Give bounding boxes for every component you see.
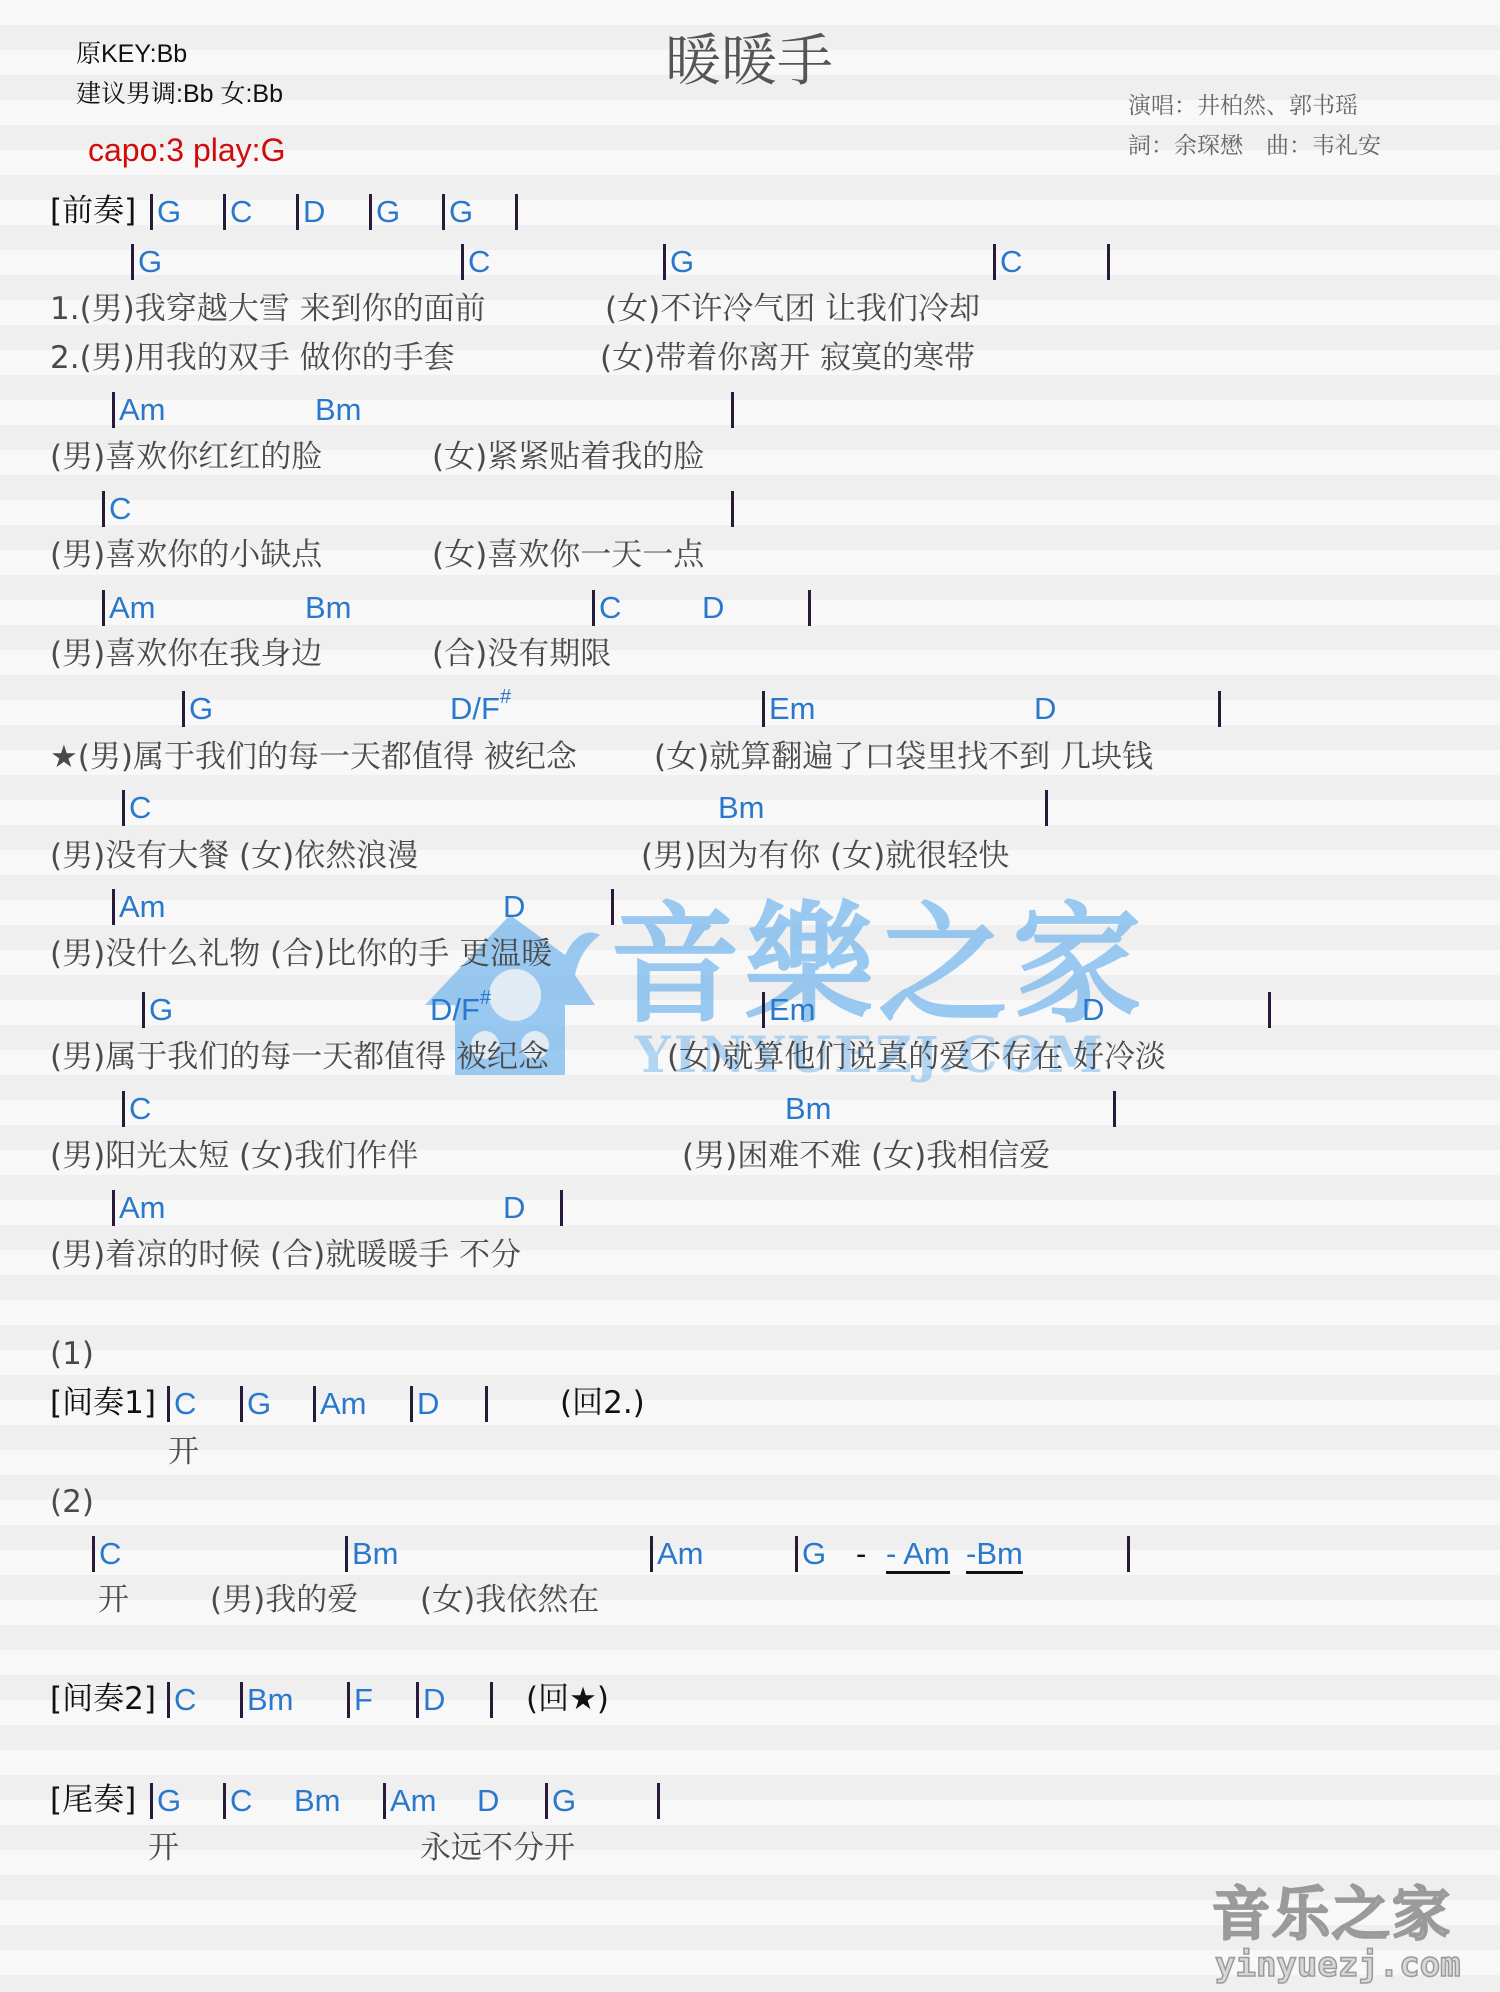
outro-label: [尾奏] xyxy=(50,1785,136,1816)
chord: Am xyxy=(109,592,156,623)
bar-line xyxy=(102,491,105,527)
chord: Em xyxy=(769,693,816,724)
bar-line xyxy=(167,1386,170,1422)
bar-line xyxy=(112,1190,115,1226)
chord: G xyxy=(189,693,213,724)
lyric-line: (男)属于我们的每一天都值得 被纪念 xyxy=(50,1042,549,1073)
bar-line xyxy=(731,392,734,428)
chord: Am xyxy=(119,891,166,922)
bar-line xyxy=(167,1682,170,1718)
chord-slash: D/F# xyxy=(430,994,491,1025)
chord: C xyxy=(109,493,131,524)
bar-line xyxy=(182,691,185,727)
chord: D xyxy=(1082,994,1104,1025)
lyric-line: (男)没有大餐 (女)依然浪漫 xyxy=(50,841,418,872)
song-title: 暖暖手 xyxy=(665,34,833,90)
chord-underlined: - Am xyxy=(886,1538,950,1574)
bar-line xyxy=(592,590,595,626)
chord: Bm xyxy=(315,394,362,425)
bar-line xyxy=(490,1682,493,1718)
lyric-line: (男)喜欢你在我身边 xyxy=(50,639,322,670)
interlude1-label: [间奏1] xyxy=(50,1388,156,1419)
lyric-line: 开 xyxy=(168,1437,199,1468)
chord: Am xyxy=(119,394,166,425)
chord: C xyxy=(129,792,151,823)
lyric-line: ★(男)属于我们的每一天都值得 被纪念 xyxy=(50,742,577,773)
chord: C xyxy=(230,196,252,227)
lyric-line: (女)就算他们说真的爱不存在 好冷淡 xyxy=(667,1042,1166,1073)
bar-line xyxy=(150,1783,153,1819)
chord-dash: - xyxy=(856,1538,866,1569)
bar-line xyxy=(131,244,134,280)
chord: C xyxy=(468,246,490,277)
chord: C xyxy=(174,1388,196,1419)
bar-line xyxy=(611,889,614,925)
chord: C xyxy=(230,1785,252,1816)
bar-line xyxy=(560,1190,563,1226)
original-key: 原KEY:Bb xyxy=(76,42,187,67)
chord: Am xyxy=(390,1785,437,1816)
chord: G xyxy=(670,246,694,277)
interlude2-label: [间奏2] xyxy=(50,1684,156,1715)
chord: D xyxy=(423,1684,445,1715)
chord: Am xyxy=(320,1388,367,1419)
lyric-line: 开 xyxy=(148,1833,179,1864)
lyric-line: (女)带着你离开 寂寞的寒带 xyxy=(600,343,975,374)
bar-line xyxy=(657,1783,660,1819)
chord: Am xyxy=(119,1192,166,1223)
lyric-line: 永远不分开 xyxy=(420,1833,575,1864)
bar-line xyxy=(223,1783,226,1819)
chord: G xyxy=(149,994,173,1025)
repeat-note: (回2.) xyxy=(560,1388,645,1419)
bar-line xyxy=(1045,790,1048,826)
capo-info: capo:3 play:G xyxy=(88,134,285,166)
chord: Bm xyxy=(352,1538,399,1569)
bar-line xyxy=(345,1536,348,1572)
bar-line xyxy=(223,194,226,230)
bar-line xyxy=(383,1783,386,1819)
chord: G xyxy=(138,246,162,277)
chord: C xyxy=(1000,246,1022,277)
bar-line xyxy=(416,1682,419,1718)
chord: G xyxy=(802,1538,826,1569)
bar-line xyxy=(313,1386,316,1422)
bar-line xyxy=(240,1682,243,1718)
bar-line xyxy=(762,992,765,1028)
chord: Bm xyxy=(785,1093,832,1124)
lyric-line: 1.(男)我穿越大雪 来到你的面前 xyxy=(50,294,486,325)
corner-watermark-text: 音乐之家 xyxy=(1212,1885,1452,1943)
lyric-line: (女)紧紧贴着我的脸 xyxy=(432,442,704,473)
bar-line xyxy=(410,1386,413,1422)
bar-line xyxy=(240,1386,243,1422)
bar-line xyxy=(1218,691,1221,727)
chord: G xyxy=(157,196,181,227)
bar-line xyxy=(112,889,115,925)
lyric-line: (男)阳光太短 (女)我们作伴 xyxy=(50,1141,418,1172)
chord: D xyxy=(1034,693,1056,724)
lyric-line: (男)着凉的时候 (合)就暖暖手 不分 xyxy=(50,1240,521,1271)
bar-line xyxy=(795,1536,798,1572)
chord-underlined: -Bm xyxy=(966,1538,1023,1574)
chord: D xyxy=(503,891,525,922)
bar-line xyxy=(122,790,125,826)
bar-line xyxy=(442,194,445,230)
bar-line xyxy=(1113,1091,1116,1127)
lyric-line: (男)我的爱 xyxy=(210,1585,358,1616)
chord: D xyxy=(303,196,325,227)
lyric-line: 2.(男)用我的双手 做你的手套 xyxy=(50,343,455,374)
lyric-line: (男)没什么礼物 (合)比你的手 更温暖 xyxy=(50,939,552,970)
bar-line xyxy=(1107,244,1110,280)
chord: D xyxy=(417,1388,439,1419)
chord: G xyxy=(247,1388,271,1419)
lyric-line: 开 xyxy=(98,1585,129,1616)
chord: C xyxy=(599,592,621,623)
chord: D xyxy=(477,1785,499,1816)
lyric-line: (女)喜欢你一天一点 xyxy=(432,540,704,571)
ending-marker-1: (1) xyxy=(50,1339,94,1370)
bar-line xyxy=(650,1536,653,1572)
chord: C xyxy=(129,1093,151,1124)
prelude-label: [前奏] xyxy=(50,196,136,227)
bar-line xyxy=(762,691,765,727)
watermark-text: 音樂之家 xyxy=(610,900,1146,1030)
chord: G xyxy=(157,1785,181,1816)
lyric-line: (男)喜欢你红红的脸 xyxy=(50,442,322,473)
bar-line xyxy=(461,244,464,280)
lyric-line: (合)没有期限 xyxy=(432,639,611,670)
corner-watermark-url: yinyuezj.com xyxy=(1215,1948,1461,1982)
chord: F xyxy=(354,1684,373,1715)
lyric-line: (男)困难不难 (女)我相信爱 xyxy=(682,1141,1050,1172)
bar-line xyxy=(545,1783,548,1819)
bar-line xyxy=(296,194,299,230)
bar-line xyxy=(515,194,518,230)
chord-slash: D/F# xyxy=(450,693,511,724)
lyric-line: (男)喜欢你的小缺点 xyxy=(50,540,322,571)
chord: G xyxy=(376,196,400,227)
chord: Am xyxy=(657,1538,704,1569)
lyric-line: (女)就算翻遍了口袋里找不到 几块钱 xyxy=(654,742,1153,773)
bar-line xyxy=(92,1536,95,1572)
bar-line xyxy=(485,1386,488,1422)
bar-line xyxy=(808,590,811,626)
chord: Bm xyxy=(718,792,765,823)
bar-line xyxy=(122,1091,125,1127)
repeat-note: (回★) xyxy=(526,1684,609,1715)
chord: G xyxy=(552,1785,576,1816)
bar-line xyxy=(1268,992,1271,1028)
chord: Bm xyxy=(294,1785,341,1816)
chord: C xyxy=(99,1538,121,1569)
chord: D xyxy=(503,1192,525,1223)
bar-line xyxy=(369,194,372,230)
bar-line xyxy=(1127,1536,1130,1572)
singers: 演唱：井柏然、郭书瑶 xyxy=(1128,94,1358,117)
bar-line xyxy=(142,992,145,1028)
ending-marker-2: (2) xyxy=(50,1487,94,1518)
lyric-line: (女)我依然在 xyxy=(420,1585,599,1616)
chord: G xyxy=(449,196,473,227)
bar-line xyxy=(347,1682,350,1718)
suggested-key: 建议男调:Bb 女:Bb xyxy=(76,82,283,107)
bar-line xyxy=(663,244,666,280)
lyric-line: (女)不许冷气团 让我们冷却 xyxy=(605,294,980,325)
chord: Bm xyxy=(305,592,352,623)
bar-line xyxy=(102,590,105,626)
chord: D xyxy=(702,592,724,623)
bar-line xyxy=(150,194,153,230)
chord: Bm xyxy=(247,1684,294,1715)
bar-line xyxy=(731,491,734,527)
chord: C xyxy=(174,1684,196,1715)
chord: Em xyxy=(769,994,816,1025)
bar-line xyxy=(993,244,996,280)
lyric-line: (男)因为有你 (女)就很轻快 xyxy=(641,841,1009,872)
bar-line xyxy=(112,392,115,428)
credits: 詞：余琛懋 曲：韦礼安 xyxy=(1128,134,1381,157)
